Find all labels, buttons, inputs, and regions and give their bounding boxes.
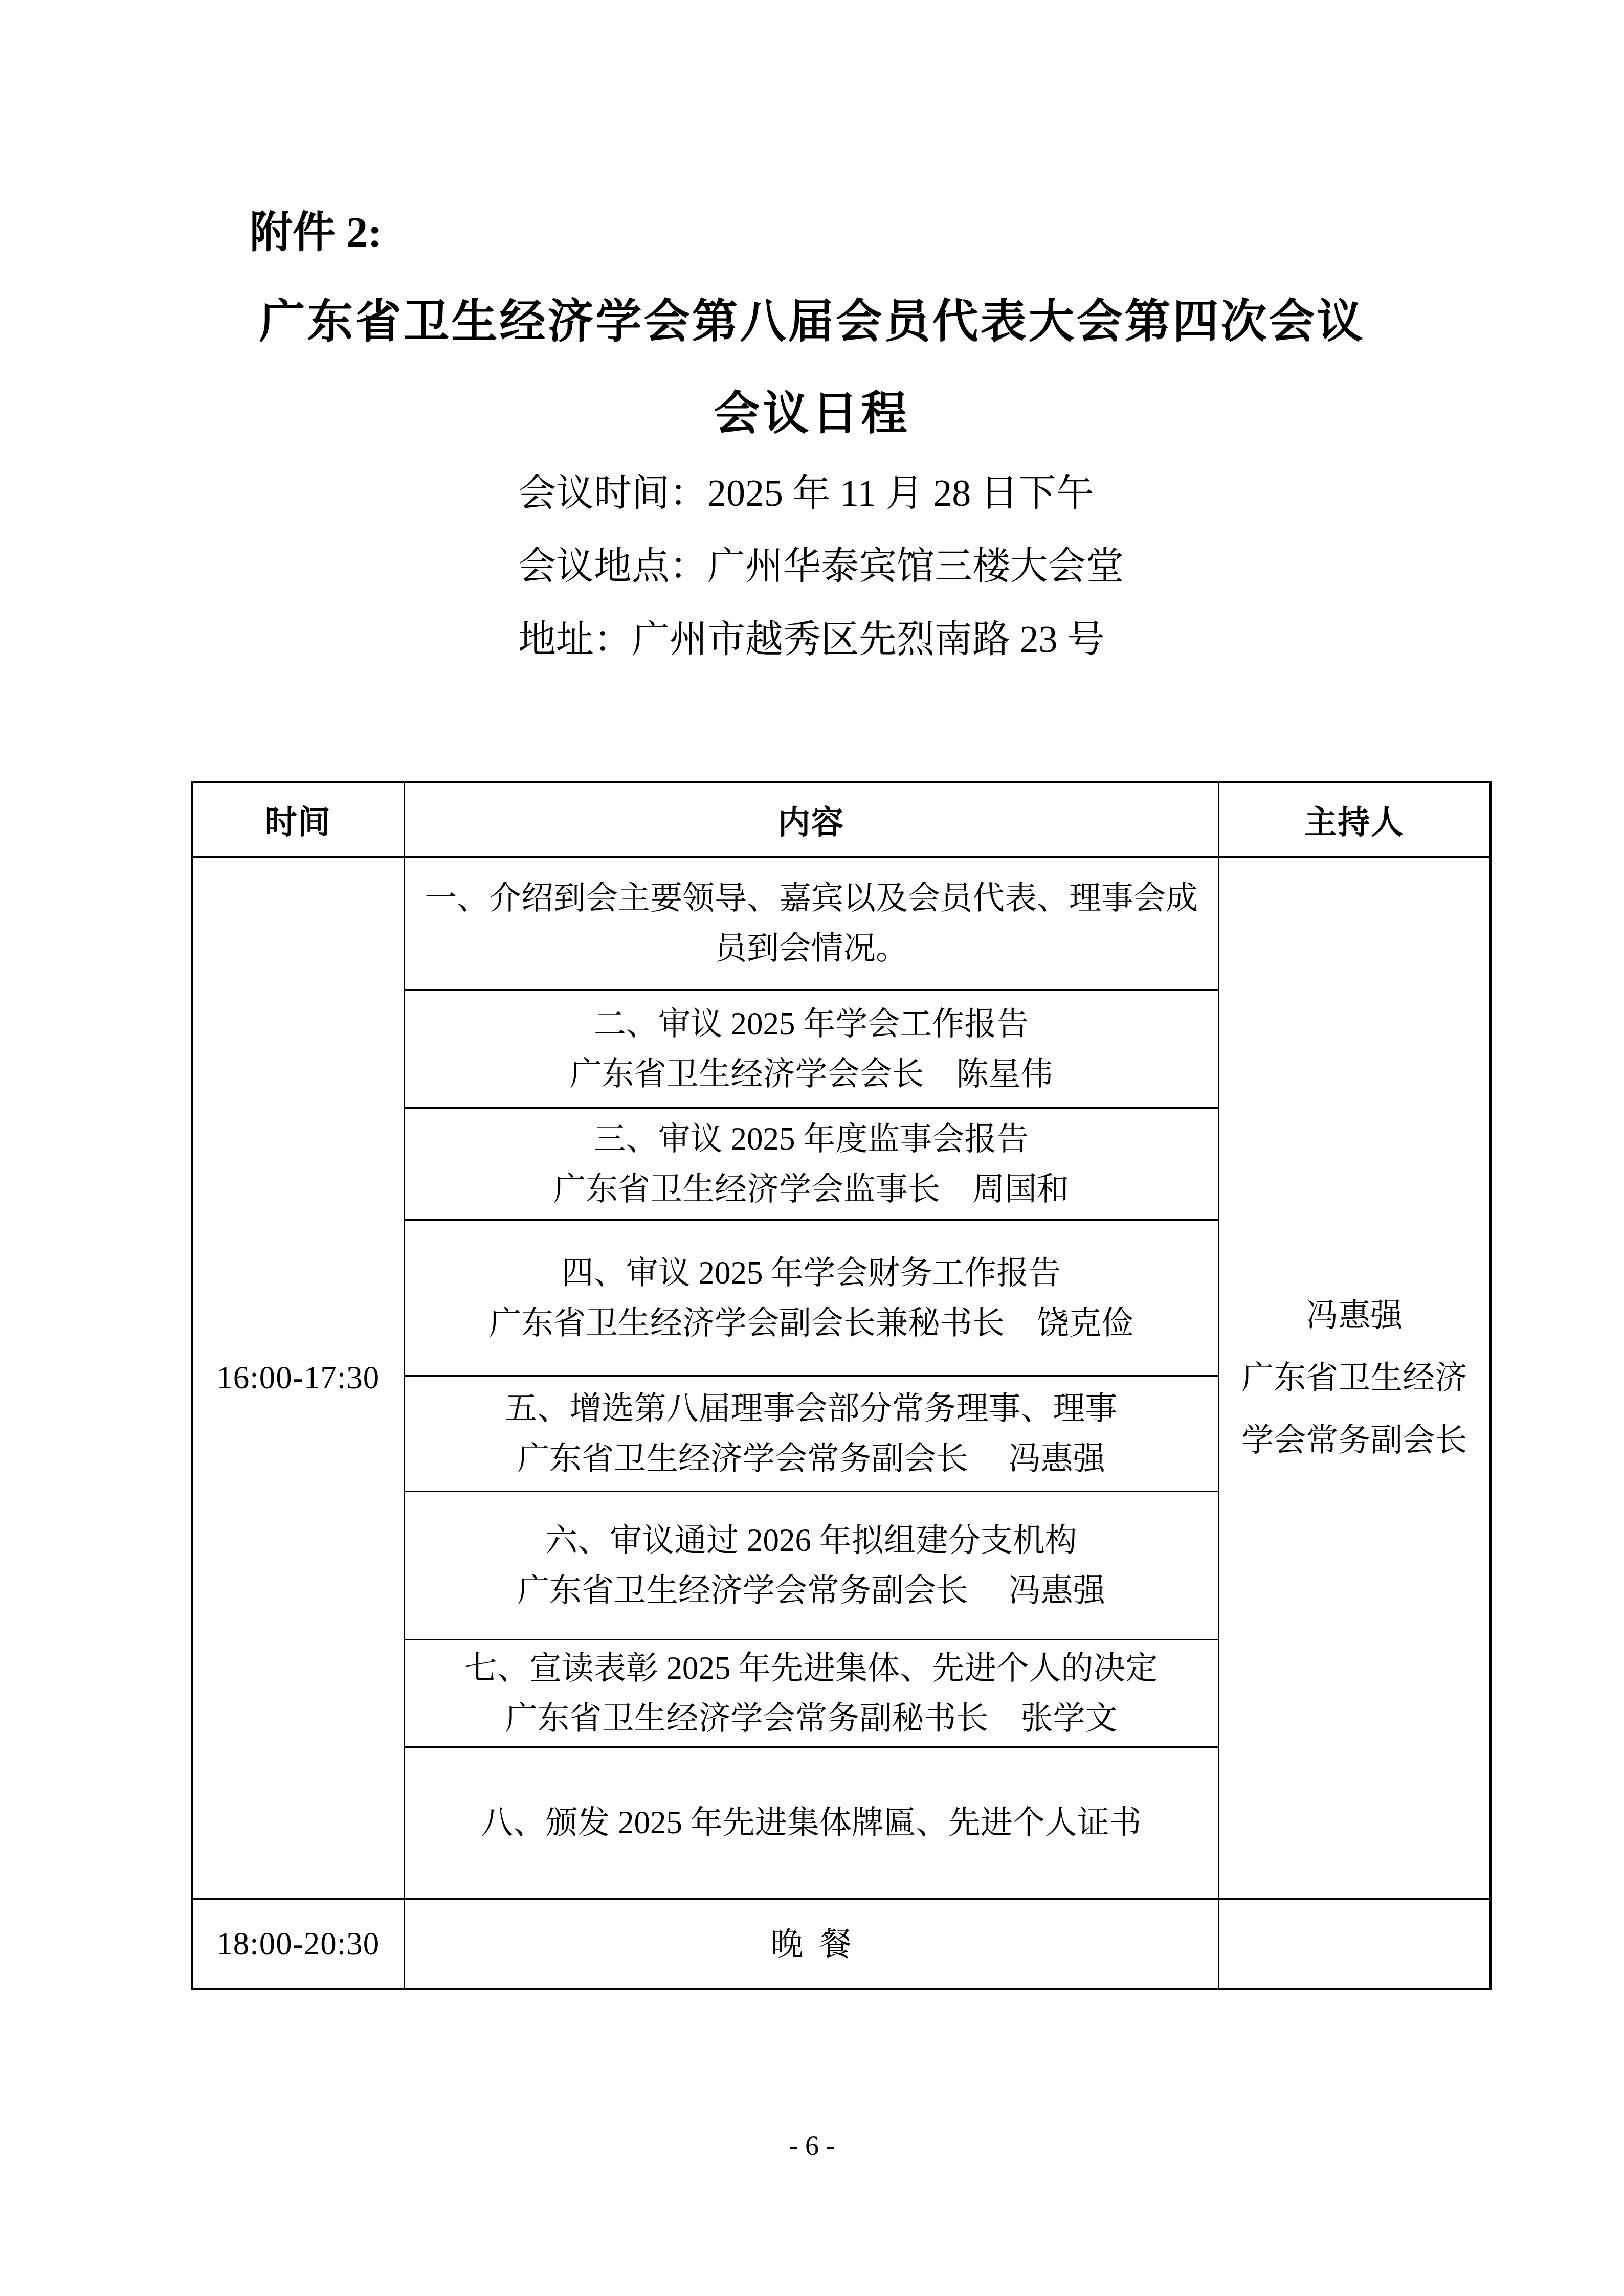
agenda-item-3: 三、审议 2025 年度监事会报告 广东省卫生经济学会监事长 周国和 <box>404 1108 1218 1220</box>
attachment-label: 附件 2: <box>250 209 382 258</box>
meeting-address-line: 地址：广州市越秀区先烈南路 23 号 <box>518 603 1124 677</box>
meeting-place-line: 会议地点：广州华泰宾馆三楼大会堂 <box>518 530 1124 603</box>
agenda-item-5: 五、增选第八届理事会部分常务理事、理事 广东省卫生经济学会常务副会长 冯惠强 <box>404 1376 1218 1491</box>
header-host: 主持人 <box>1218 782 1490 857</box>
agenda-item-speaker: 广东省卫生经济学会会长 陈星伟 <box>414 1049 1209 1099</box>
host-title-line: 学会常务副会长 <box>1229 1409 1481 1471</box>
agenda-item-1: 一、介绍到会主要领导、嘉宾以及会员代表、理事会成 员到会情况。 <box>404 857 1218 989</box>
agenda-item-line: 一、介绍到会主要领导、嘉宾以及会员代表、理事会成 <box>414 873 1209 923</box>
session-host-cell: 冯惠强 广东省卫生经济 学会常务副会长 <box>1218 857 1490 1899</box>
dinner-time-cell: 18:00-20:30 <box>192 1899 404 1989</box>
agenda-item-8: 八、颁发 2025 年先进集体牌匾、先进个人证书 <box>404 1747 1218 1899</box>
agenda-item-speaker: 广东省卫生经济学会常务副秘书长 张学文 <box>414 1693 1209 1743</box>
page-number: - 6 - <box>0 2130 1624 2162</box>
document-page: 附件 2: 广东省卫生经济学会第八届会员代表大会第四次会议 会议日程 会议时间：… <box>0 0 1624 2296</box>
table-row-dinner: 18:00-20:30 晚 餐 <box>192 1899 1490 1989</box>
host-name: 冯惠强 <box>1229 1284 1481 1346</box>
agenda-item-speaker: 广东省卫生经济学会常务副会长 冯惠强 <box>414 1433 1209 1483</box>
dinner-content-cell: 晚 餐 <box>404 1899 1218 1989</box>
document-subtitle: 会议日程 <box>0 388 1624 441</box>
agenda-item-2: 二、审议 2025 年学会工作报告 广东省卫生经济学会会长 陈星伟 <box>404 989 1218 1108</box>
agenda-item-speaker: 广东省卫生经济学会副会长兼秘书长 饶克俭 <box>414 1298 1209 1348</box>
header-content: 内容 <box>404 782 1218 857</box>
agenda-item-4: 四、审议 2025 年学会财务工作报告 广东省卫生经济学会副会长兼秘书长 饶克俭 <box>404 1220 1218 1376</box>
table-header-row: 时间 内容 主持人 <box>192 782 1490 857</box>
session-time-cell: 16:00-17:30 <box>192 857 404 1899</box>
agenda-item-line: 四、审议 2025 年学会财务工作报告 <box>414 1248 1209 1298</box>
agenda-item-7: 七、宣读表彰 2025 年先进集体、先进个人的决定 广东省卫生经济学会常务副秘书… <box>404 1639 1218 1747</box>
dinner-host-cell <box>1218 1899 1490 1989</box>
document-title: 广东省卫生经济学会第八届会员代表大会第四次会议 <box>0 296 1624 349</box>
agenda-table: 时间 内容 主持人 16:00-17:30 一、介绍到会主要领导、嘉宾以及会员代… <box>191 781 1492 1990</box>
agenda-item-line: 员到会情况。 <box>414 923 1209 973</box>
agenda-item-line: 八、颁发 2025 年先进集体牌匾、先进个人证书 <box>414 1797 1209 1848</box>
meeting-info-block: 会议时间：2025 年 11 月 28 日下午 会议地点：广州华泰宾馆三楼大会堂… <box>518 457 1124 677</box>
agenda-item-line: 七、宣读表彰 2025 年先进集体、先进个人的决定 <box>414 1643 1209 1693</box>
meeting-time-line: 会议时间：2025 年 11 月 28 日下午 <box>518 457 1124 530</box>
table-row: 16:00-17:30 一、介绍到会主要领导、嘉宾以及会员代表、理事会成 员到会… <box>192 857 1490 989</box>
agenda-item-line: 六、审议通过 2026 年拟组建分支机构 <box>414 1515 1209 1565</box>
agenda-item-speaker: 广东省卫生经济学会监事长 周国和 <box>414 1164 1209 1214</box>
agenda-item-line: 二、审议 2025 年学会工作报告 <box>414 999 1209 1049</box>
agenda-item-line: 五、增选第八届理事会部分常务理事、理事 <box>414 1383 1209 1433</box>
agenda-item-speaker: 广东省卫生经济学会常务副会长 冯惠强 <box>414 1565 1209 1615</box>
header-time: 时间 <box>192 782 404 857</box>
agenda-item-6: 六、审议通过 2026 年拟组建分支机构 广东省卫生经济学会常务副会长 冯惠强 <box>404 1491 1218 1639</box>
agenda-item-line: 三、审议 2025 年度监事会报告 <box>414 1114 1209 1164</box>
host-title-line: 广东省卫生经济 <box>1229 1346 1481 1409</box>
